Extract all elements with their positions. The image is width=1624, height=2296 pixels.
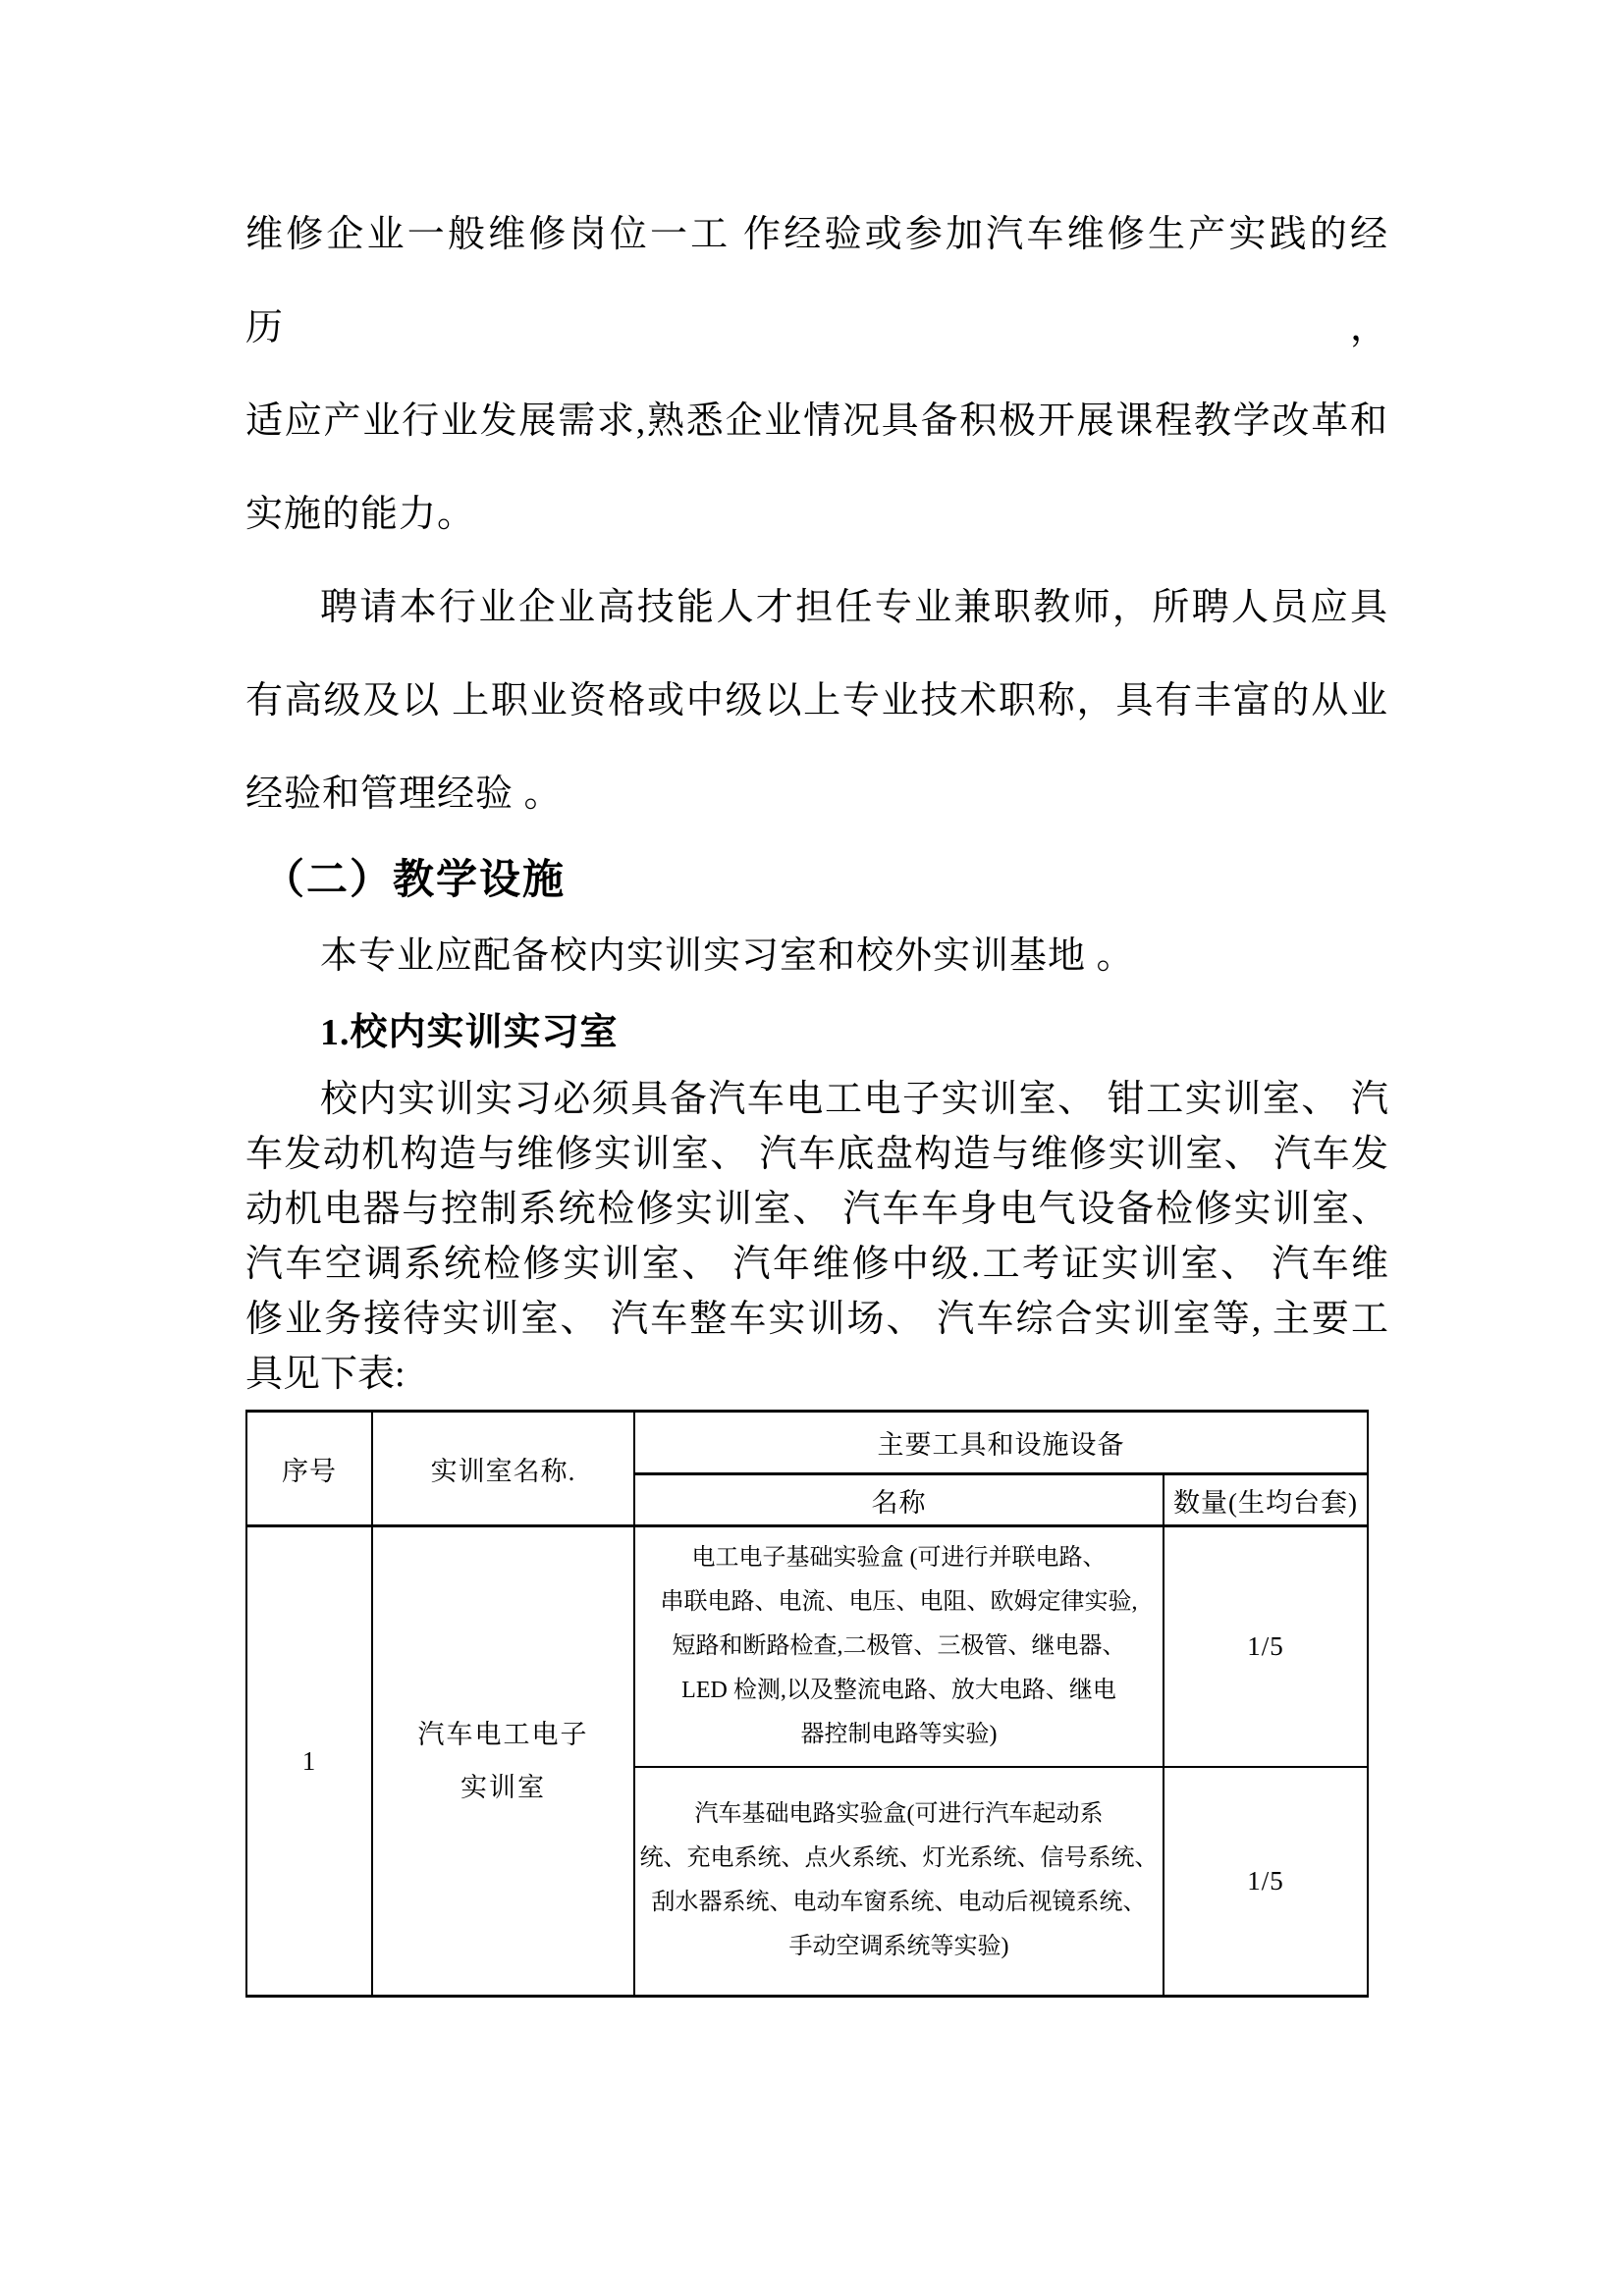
equipment-text-line: 汽车基础电路实验盒(可进行汽车起动系	[635, 1792, 1163, 1837]
equipment-text-line: 手动空调系统等实验)	[635, 1925, 1163, 1969]
header-cell-tools-group: 主要工具和设施设备	[634, 1412, 1368, 1474]
header-cell-index: 序号	[246, 1412, 372, 1526]
cell-row-index: 1	[246, 1526, 372, 1997]
equipment-text-line: 统、充电系统、点火系统、灯光系统、信号系统、	[635, 1837, 1163, 1881]
text-line: 实施的能力。	[245, 468, 1388, 561]
table-row: 1 汽车电工电子 实训室 电工电子基础实验盒 (可进行并联电路、 串联电路、电流…	[246, 1526, 1368, 1767]
text-line: 车发动机构造与维修实训室、 汽车底盘构造与维修实训室、 汽车发	[245, 1127, 1388, 1182]
equipment-text-line: 器控制电路等实验)	[635, 1713, 1163, 1757]
text-line: 有高级及以 上职业资格或中级以上专业技术职称，具有丰富的从业	[245, 655, 1388, 748]
text-line: 修业务接待实训室、 汽车整车实训场、 汽车综合实训室等, 主要工	[245, 1292, 1388, 1347]
section-heading-teaching-facilities: （二）教学设施	[245, 841, 1388, 920]
room-name-line: 实训室	[373, 1761, 633, 1814]
header-cell-quantity: 数量(生均台套)	[1164, 1474, 1368, 1526]
text-line: 维修企业一般维修岗位一工 作经验或参加汽车维修生产实践的经历，	[245, 188, 1388, 375]
cell-equipment-description: 汽车基础电路实验盒(可进行汽车起动系 统、充电系统、点火系统、灯光系统、信号系统…	[634, 1767, 1164, 1997]
text-line: 具见下表:	[245, 1347, 1388, 1402]
cell-equipment-description: 电工电子基础实验盒 (可进行并联电路、 串联电路、电流、电压、电阻、欧姆定律实验…	[634, 1526, 1164, 1767]
equipment-text-line: 刮水器系统、电动车窗系统、电动后视镜系统、	[635, 1881, 1163, 1925]
training-room-equipment-table: 序号 实训室名称. 主要工具和设施设备 名称 数量(生均台套) 1 汽车电工电子…	[245, 1410, 1369, 1998]
equipment-text-line: LED 检测,以及整流电路、放大电路、继电	[635, 1669, 1163, 1713]
paragraph-teacher-experience: 维修企业一般维修岗位一工 作经验或参加汽车维修生产实践的经历， 适应产业行业发展…	[245, 188, 1388, 561]
text-line: 校内实训实习必须具备汽车电工电子实训室、 钳工实训室、 汽	[245, 1072, 1388, 1127]
paragraph-training-base-intro: 本专业应配备校内实训实习室和校外实训基地 。	[245, 920, 1388, 993]
table-header-row-group: 序号 实训室名称. 主要工具和设施设备	[246, 1412, 1368, 1474]
text-line: 适应产业行业发展需求,熟悉企业情况具备积极开展课程教学改革和	[245, 375, 1388, 468]
text-line: 动机电器与控制系统检修实训室、 汽车车身电气设备检修实训室、	[245, 1182, 1388, 1237]
text-line: 经验和管理经验 。	[245, 748, 1388, 841]
text-line: 汽车空调系统检修实训室、 汽年维修中级.工考证实训室、 汽车维	[245, 1237, 1388, 1292]
header-cell-tool-name: 名称	[634, 1474, 1164, 1526]
text-line: 聘请本行业企业高技能人才担任专业兼职教师，所聘人员应具	[245, 561, 1388, 655]
paragraph-campus-training-rooms-detail: 校内实训实习必须具备汽车电工电子实训室、 钳工实训室、 汽 车发动机构造与维修实…	[245, 1072, 1388, 1402]
equipment-text-line: 电工电子基础实验盒 (可进行并联电路、	[635, 1536, 1163, 1580]
header-cell-room-name: 实训室名称.	[372, 1412, 634, 1526]
document-page: 维修企业一般维修岗位一工 作经验或参加汽车维修生产实践的经历， 适应产业行业发展…	[0, 0, 1624, 2296]
cell-room-name: 汽车电工电子 实训室	[372, 1526, 634, 1997]
equipment-text-line: 短路和断路检查,二极管、三极管、继电器、	[635, 1625, 1163, 1669]
cell-quantity: 1/5	[1164, 1767, 1368, 1997]
subsection-heading-campus-training-rooms: 1.校内实训实习室	[245, 993, 1388, 1072]
equipment-text-line: 串联电路、电流、电压、电阻、欧姆定律实验,	[635, 1580, 1163, 1625]
cell-quantity: 1/5	[1164, 1526, 1368, 1767]
paragraph-part-time-teachers: 聘请本行业企业高技能人才担任专业兼职教师，所聘人员应具 有高级及以 上职业资格或…	[245, 561, 1388, 841]
room-name-line: 汽车电工电子	[373, 1708, 633, 1761]
